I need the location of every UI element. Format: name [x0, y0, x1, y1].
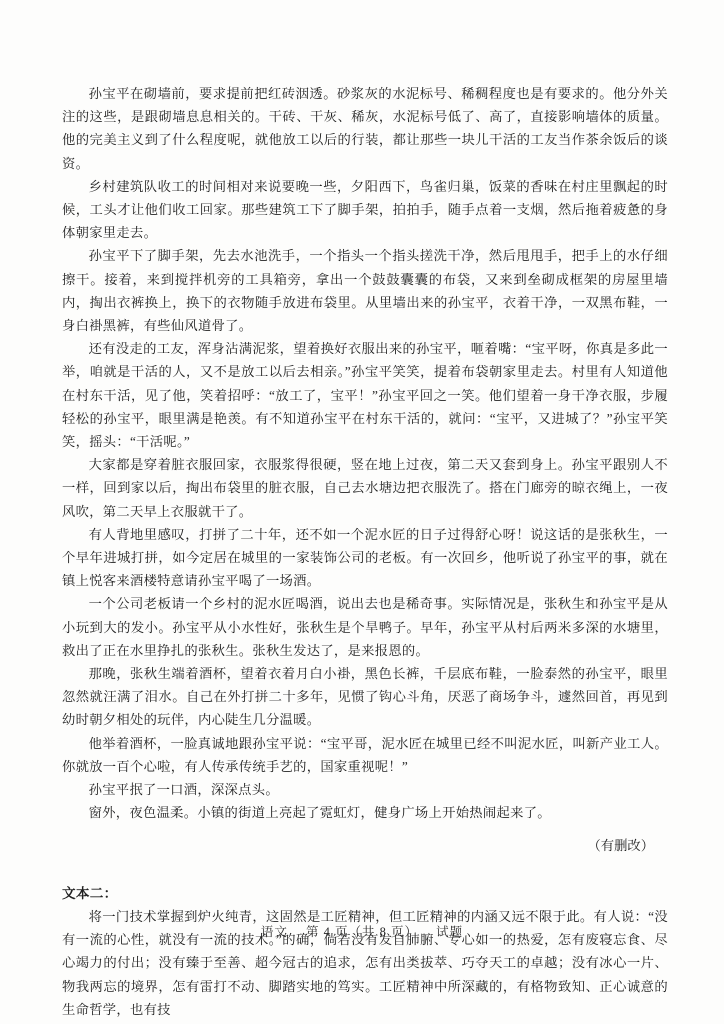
- passage-paragraph: 有人背地里感叹，打拼了二十年，还不如一个泥水匠的日子过得舒心呀！说这话的是张秋生…: [62, 523, 668, 593]
- page-footer: 语文 第 4 页（共 8 页） 试题: [0, 922, 724, 940]
- passage-paragraph: 还有没走的工友，浑身沾满泥浆，望着换好衣服出来的孙宝平，咂着嘴：“宝平呀，你真是…: [62, 337, 668, 453]
- passage-two-heading: 文本二：: [62, 882, 668, 905]
- passage-paragraph: 孙宝平在砌墙前，要求提前把红砖洇透。砂浆灰的水泥标号、稀稠程度也是有要求的。他分…: [62, 82, 668, 175]
- attribution-note: （有删改）: [62, 834, 668, 857]
- footer-doc-type: 试题: [429, 925, 470, 939]
- passage-paragraph: 那晚，张秋生端着酒杯，望着衣着月白小褂，黑色长裤，千层底布鞋，一脸泰然的孙宝平，…: [62, 662, 668, 732]
- footer-subject: 语文: [254, 925, 295, 939]
- passage-paragraph: 乡村建筑队收工的时间相对来说要晚一些，夕阳西下，鸟雀归巢，饭菜的香味在村庄里飘起…: [62, 175, 668, 245]
- passage-paragraph: 孙宝平抿了一口酒，深深点头。: [62, 778, 668, 801]
- exam-paper-page: 孙宝平在砌墙前，要求提前把红砖洇透。砂浆灰的水泥标号、稀稠程度也是有要求的。他分…: [0, 0, 724, 1024]
- passage-paragraph: 他举着酒杯，一脸真诚地跟孙宝平说：“宝平哥，泥水匠在城里已经不叫泥水匠，叫新产业…: [62, 732, 668, 778]
- passage-paragraph: 大家都是穿着脏衣服回家，衣服浆得很硬，竖在地上过夜，第二天又套到身上。孙宝平跟别…: [62, 453, 668, 523]
- passage-paragraph: 窗外，夜色温柔。小镇的街道上亮起了霓虹灯，健身广场上开始热闹起来了。: [62, 801, 668, 824]
- footer-page-number: 第 4 页（共 8 页）: [299, 925, 425, 939]
- passage-one: 孙宝平在砌墙前，要求提前把红砖洇透。砂浆灰的水泥标号、稀稠程度也是有要求的。他分…: [62, 82, 668, 825]
- passage-paragraph: 一个公司老板请一个乡村的泥水匠喝酒，说出去也是稀奇事。实际情况是，张秋生和孙宝平…: [62, 592, 668, 662]
- passage-paragraph: 孙宝平下了脚手架，先去水池洗手，一个指头一个指头搓洗干净，然后甩甩手，把手上的水…: [62, 244, 668, 337]
